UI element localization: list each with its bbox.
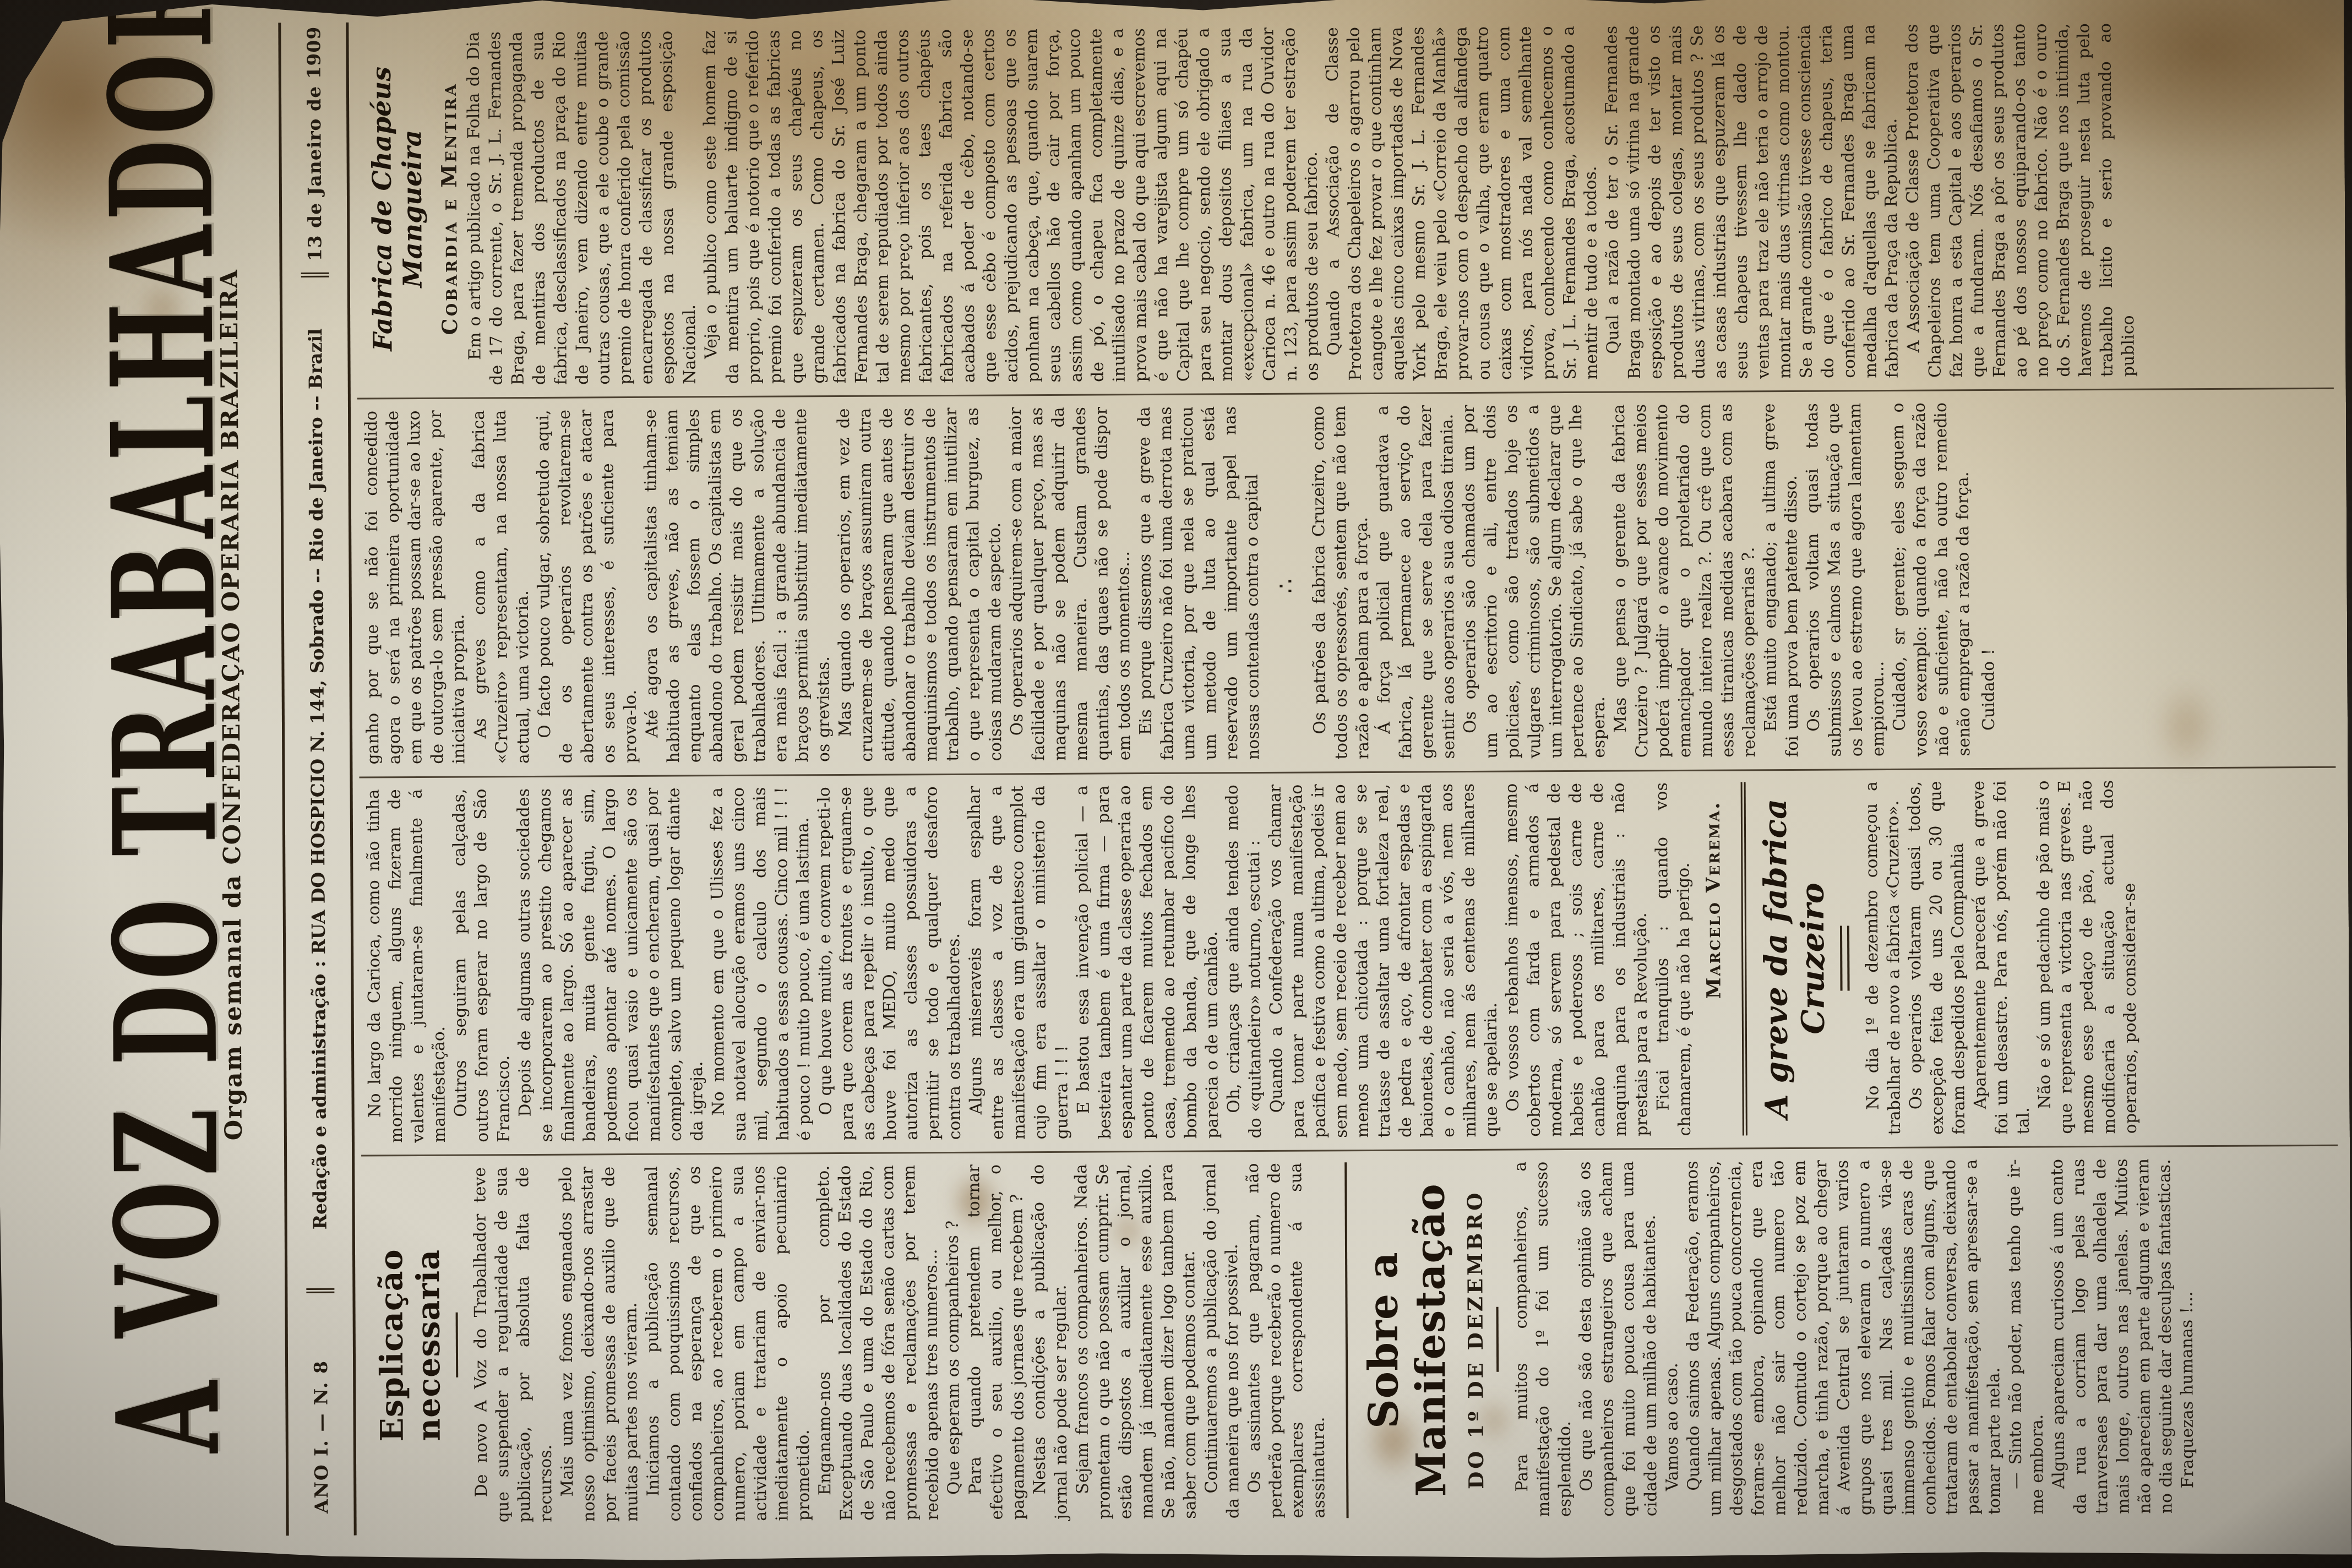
headline-rule (1496, 1307, 1499, 1372)
paragraph: Os vossos rebanhos imensos, mesmo cobert… (1501, 782, 1653, 1137)
dateline-bar: ANO I. — N. 8 Redação e administração : … (278, 23, 356, 1536)
paragraph: Quando a Associação de Classe Protetora … (1321, 26, 1602, 381)
paragraph: Nestas condições a publicação do jornal … (1027, 1164, 1072, 1520)
headline-rule (1840, 926, 1850, 991)
paragraph: No dia 1º de dezembro começou a trabalha… (1861, 781, 1905, 1135)
column-1: Esplicação necessariaDe novo A Voz do Tr… (361, 1146, 2340, 1535)
paragraph: Qual a razão de ter o Sr. Fernandes Brag… (1600, 24, 1903, 379)
article-headline: Sobre a Manifestação (1359, 1166, 1455, 1515)
paragraph: Até agora os capitalistas tinham-se habi… (640, 409, 835, 763)
paragraph: Fraquezas humanas !... (2175, 1158, 2198, 1514)
paragraph: Outros seguiram pelas calçadas, outros f… (449, 788, 515, 1142)
paragraph: Os patrões da fabrica Cruzeiro, como tod… (1308, 405, 1374, 759)
paragraph: Que esperam os companheiros ? (941, 1164, 965, 1520)
article-subheadline: DO 1º DE DEZEMBRO (1462, 1162, 1488, 1517)
article-headline: Fabrica de Chapéus Mangueira (366, 35, 428, 383)
paragraph: E bastou essa invenção policial — a best… (1071, 785, 1223, 1139)
issue-date: 13 de Janeiro de 1909 (300, 23, 329, 277)
newspaper-page: A VOZ DO TRABALHADOR Orgam semanal da CO… (0, 0, 2352, 1567)
paragraph: Oh, crianças que ainda tendes medo do «q… (1222, 785, 1266, 1139)
paragraph: ganho por que se não foi concedido agora… (361, 410, 470, 765)
column-3: ganho por que se não foi concedido agora… (357, 389, 2336, 778)
paragraph: Mas quando os operarios, em vez de cruza… (833, 407, 1006, 762)
asterism-separator: ∴ (1273, 406, 1298, 760)
article: ganho por que se não foi concedido agora… (361, 402, 2000, 764)
newspaper-title: A VOZ DO TRABALHADOR (0, 0, 239, 1494)
paragraph: Para quando pretendem tornar efectivo o … (963, 1164, 1029, 1520)
paragraph: Depois de algumas outras sociedades se i… (513, 787, 708, 1142)
paragraph: Quando a Confederação vos chamar para to… (1265, 783, 1502, 1139)
article: Esplicação necessariaDe novo A Voz do Tr… (372, 1163, 1330, 1523)
paragraph: Sejam francos os companheiros. Nada prom… (1070, 1163, 1201, 1520)
paragraph: Alguns miseraveis foram espalhar entre a… (964, 786, 1073, 1140)
article: No largo da Carioca, como não tinha morr… (363, 782, 1726, 1143)
paragraph: Não e só um pedacinho de pão mais o que … (2033, 780, 2142, 1135)
paragraph: Os operarios adquirem-se com a maior fac… (1005, 407, 1135, 761)
paragraph: Iniciamos a publicação semanal contando … (641, 1166, 814, 1522)
paragraph: Em o artigo publicado na Folha do Dia de… (462, 30, 700, 385)
paragraph: As greves como a da fabrica «Cruzeiro» r… (468, 410, 534, 764)
paragraph: — Sinto não poder, mas tenho que ir-me e… (2003, 1159, 2048, 1515)
paragraph: Eis porque dissemos que a greve da fabri… (1134, 406, 1264, 760)
body-columns: Esplicação necessariaDe novo A Voz do Tr… (355, 11, 2339, 1536)
paragraph: Os operarios são chamados um por um ao e… (1458, 404, 1610, 759)
paragraph: Os que não são desta opinião são os comp… (1574, 1161, 1662, 1517)
paragraph: No momento em que o Ulisses fez a sua no… (706, 787, 815, 1141)
article-subheadline: Cobardia e Mentira (435, 32, 462, 386)
masthead: A VOZ DO TRABALHADOR Orgam semanal da CO… (0, 0, 250, 1567)
paragraph: Mas que pensa o gerente da fabrica Cruze… (1608, 404, 1760, 758)
paragraph: Á força policial que guardava a fabrica,… (1372, 405, 1460, 759)
paragraph: De novo A Voz do Trabalhador teve que su… (469, 1167, 557, 1522)
paragraph: Aparentemente parecerá que a greve foi u… (1968, 781, 2034, 1135)
article: A greve da fabrica CruzeiroNo dia 1º de … (1741, 780, 2142, 1136)
article-headline: A greve da fabrica Cruzeiro (1757, 785, 1832, 1133)
column-2: No largo da Carioca, como não tinha morr… (360, 768, 2338, 1157)
paragraph: O que houve muito, e convem repeti-lo pa… (814, 786, 966, 1141)
paragraph: Enganamo-nos por completo. Exceptuando d… (813, 1165, 943, 1521)
paragraph: A Associação de Classe Protetora dos Cha… (1901, 23, 2139, 378)
paragraph: Os assinantes que pagaram, não perderão … (1242, 1163, 1330, 1518)
article-headline: Esplicação necessaria (372, 1170, 448, 1520)
issue-number: ANO I. — N. 8 (309, 1293, 332, 1536)
paragraph: O facto pouco vulgar, sobretudo aqui, de… (532, 409, 641, 764)
photo-of-newspaper: A VOZ DO TRABALHADOR Orgam semanal da CO… (0, 0, 2352, 1568)
masthead-address: Redação e administração : RUA DO HOSPICI… (301, 277, 334, 1293)
paragraph: Continuaremos a publicação do jornal da … (1199, 1163, 1244, 1519)
paragraph: Veja o publico como este homem faz da me… (699, 27, 1323, 384)
paragraph: Os operarios voltam quasi todas submisso… (1801, 403, 1889, 757)
paragraph: Vamos ao caso. (1660, 1161, 1683, 1516)
article: Fabrica de Chapéus MangueiraCobardia e M… (366, 23, 2139, 386)
column-4: Fabrica de Chapéus MangueiraCobardia e M… (355, 11, 2334, 400)
signature: Marcelo Verema. (1702, 801, 1726, 1136)
article: Sobre a ManifestaçãoDO 1º DE DEZEMBROPar… (1344, 1158, 2198, 1518)
paragraph: No largo da Carioca, como não tinha morr… (363, 789, 450, 1143)
paragraph: Está muito enganado; a ultima greve foi … (1758, 403, 1803, 757)
paragraph: Para muitos companheiros, a manifestação… (1510, 1162, 1576, 1517)
paragraph: Mais uma vez fomos enganados pelo nosso … (555, 1166, 643, 1522)
paragraph: Cuidado, sr gerente; eles seguem o vosso… (1887, 402, 1975, 756)
headline-rule (456, 1313, 459, 1378)
paragraph: Ficai tranquilos : quando vos chamarem, … (1651, 782, 1696, 1136)
paragraph: Quando saimos da Federação, eramos um mi… (1681, 1159, 2005, 1516)
paragraph: Os operarios voltaram quasi todos, excep… (1904, 781, 1970, 1135)
paragraph: Cuidado ! (1977, 402, 2000, 756)
paragraph: Alguns apareciam curiosos á um canto da … (2046, 1158, 2177, 1515)
